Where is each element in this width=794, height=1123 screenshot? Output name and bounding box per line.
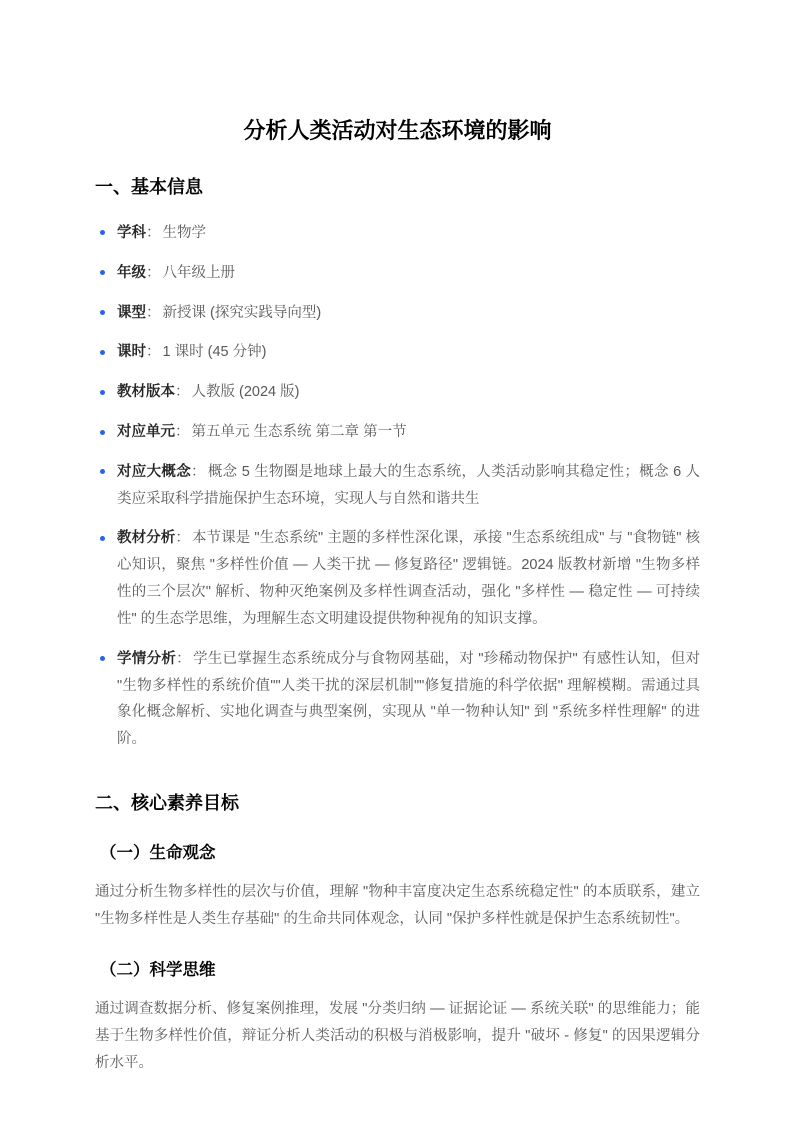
document-page: 分析人类活动对生态环境的影响 一、基本信息 学科：生物学 年级：八年级上册 课型… bbox=[0, 0, 794, 1123]
item-value: 人教版 (2024 版) bbox=[192, 384, 300, 400]
item-label: 学科 bbox=[117, 225, 146, 241]
item-value: 第五单元 生态系统 第二章 第一节 bbox=[192, 424, 407, 440]
item-colon: ： bbox=[176, 651, 191, 667]
item-label: 对应单元 bbox=[117, 424, 175, 440]
item-colon: ： bbox=[191, 464, 206, 480]
list-item-class-hours: 课时：1 课时 (45 分钟) bbox=[95, 339, 700, 366]
item-value: 八年级上册 bbox=[163, 265, 236, 281]
item-label: 年级 bbox=[117, 265, 146, 281]
basic-info-list: 学科：生物学 年级：八年级上册 课型：新授课 (探究实践导向型) 课时：1 课时… bbox=[95, 220, 700, 753]
subsection-heading-scientific-thinking: （二）科学思维 bbox=[95, 959, 700, 982]
item-colon: ： bbox=[175, 424, 190, 440]
list-item-lesson-type: 课型：新授课 (探究实践导向型) bbox=[95, 300, 700, 327]
item-label: 课型 bbox=[117, 305, 146, 321]
list-item-unit: 对应单元：第五单元 生态系统 第二章 第一节 bbox=[95, 419, 700, 446]
item-label: 学情分析 bbox=[117, 651, 176, 667]
subsection-heading-life-concept: （一）生命观念 bbox=[95, 842, 700, 865]
item-value: 学生已掌握生态系统成分与食物网基础，对 "珍稀动物保护" 有感性认知，但对 "生… bbox=[117, 651, 700, 747]
item-label: 对应大概念 bbox=[117, 464, 191, 480]
list-item-big-concepts: 对应大概念：概念 5 生物圈是地球上最大的生态系统，人类活动影响其稳定性；概念 … bbox=[95, 459, 700, 513]
item-value: 生物学 bbox=[163, 225, 207, 241]
item-value: 1 课时 (45 分钟) bbox=[163, 344, 267, 360]
item-colon: ： bbox=[146, 265, 161, 281]
item-colon: ： bbox=[175, 384, 190, 400]
list-item-grade: 年级：八年级上册 bbox=[95, 260, 700, 287]
section-heading-basic-info: 一、基本信息 bbox=[95, 175, 700, 200]
item-value: 新授课 (探究实践导向型) bbox=[163, 305, 322, 321]
item-value: 本节课是 "生态系统" 主题的多样性深化课，承接 "生态系统组成" 与 "食物链… bbox=[117, 530, 700, 626]
page-title: 分析人类活动对生态环境的影响 bbox=[95, 116, 700, 147]
item-label: 教材分析 bbox=[117, 530, 175, 546]
section-heading-core-literacy: 二、核心素养目标 bbox=[95, 791, 700, 816]
item-colon: ： bbox=[175, 530, 190, 546]
list-item-textbook-edition: 教材版本：人教版 (2024 版) bbox=[95, 379, 700, 406]
scientific-thinking-paragraph: 通过调查数据分析、修复案例推理，发展 "分类归纳 — 证据论证 — 系统关联" … bbox=[95, 996, 700, 1076]
item-label: 课时 bbox=[117, 344, 146, 360]
list-item-textbook-analysis: 教材分析：本节课是 "生态系统" 主题的多样性深化课，承接 "生态系统组成" 与… bbox=[95, 525, 700, 632]
item-label: 教材版本 bbox=[117, 384, 175, 400]
life-concept-paragraph: 通过分析生物多样性的层次与价值，理解 "物种丰富度决定生态系统稳定性" 的本质联… bbox=[95, 879, 700, 933]
list-item-subject: 学科：生物学 bbox=[95, 220, 700, 247]
item-colon: ： bbox=[146, 344, 161, 360]
list-item-learner-analysis: 学情分析：学生已掌握生态系统成分与食物网基础，对 "珍稀动物保护" 有感性认知，… bbox=[95, 646, 700, 753]
item-colon: ： bbox=[146, 225, 161, 241]
item-colon: ： bbox=[146, 305, 161, 321]
